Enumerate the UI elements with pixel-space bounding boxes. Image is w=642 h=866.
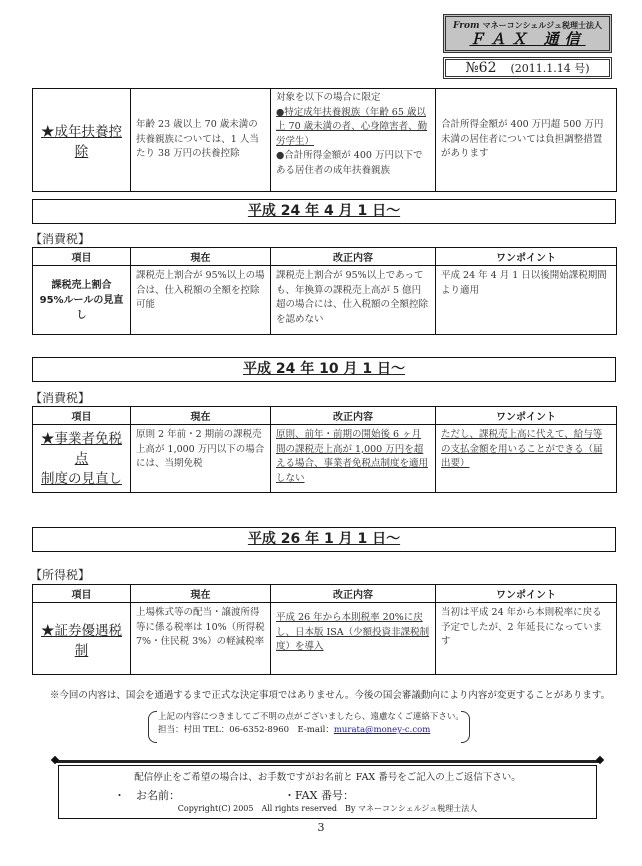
- current-cell: 原則 2 年前・2 期前の課税売上高が 1,000 万円以下の場合には、当期免税: [131, 425, 271, 493]
- contact-phone: 担当：村田 TEL：06-6352-8960 E-mail：: [158, 725, 334, 735]
- section-title: 平成 26 年 1 月 1 日～: [248, 531, 400, 547]
- header-current: 現在: [131, 407, 271, 425]
- header-point: ワンポイント: [436, 585, 617, 603]
- item-cell: ★事業者免税点 制度の見直し: [33, 425, 131, 493]
- point-cell: 平成 24 年 4 月 1 日以後開始課税期間より適用: [436, 266, 617, 335]
- item-line: 95%ルールの見直し: [38, 293, 125, 323]
- company-name: マネーコンシェルジュ税理士法人: [483, 20, 602, 30]
- header-current: 現在: [131, 585, 271, 603]
- header-revision: 改正内容: [271, 248, 436, 266]
- item-cell: ★証券優遇税制: [33, 603, 131, 675]
- revision-line: ●特定成年扶養親族（年齢 65 歳以上 70 歳未満の者、心身障害者、勤労学生）: [276, 106, 430, 150]
- section-title: 平成 24 年 10 月 1 日～: [243, 361, 405, 377]
- header-point: ワンポイント: [436, 248, 617, 266]
- header-item: 項目: [33, 248, 131, 266]
- header-item: 項目: [33, 407, 131, 425]
- section-title-box: 平成 24 年 4 月 1 日～: [32, 199, 616, 224]
- top-table: ★成年扶養控除 年齢 23 歳以上 70 歳未満の扶養親族については、1 人当た…: [32, 88, 617, 192]
- table-row: ★証券優遇税制 上場株式等の配当・譲渡所得等に係る税率は 10%（所得税 7%・…: [33, 603, 617, 675]
- issue-number: №62: [465, 60, 496, 76]
- section-title-box: 平成 24 年 10 月 1 日～: [32, 357, 616, 382]
- table-header-row: 項目 現在 改正内容 ワンポイント: [33, 585, 617, 603]
- point-cell: 合計所得金額が 400 万円超 500 万円未満の居住者については負担調整措置が…: [436, 89, 617, 192]
- item-cell: ★成年扶養控除: [33, 89, 131, 192]
- table-row: ★事業者免税点 制度の見直し 原則 2 年前・2 期前の課税売上高が 1,000…: [33, 425, 617, 493]
- disclaimer-note: ※今回の内容は、国会を通過するまで正式な決定事項ではありません。今後の国会審議動…: [30, 687, 630, 701]
- fax-title: ＦＡＸ 通信: [446, 31, 609, 48]
- current-cell: 課税売上割合が 95%以上の場合は、仕入税額の全額を控除可能: [131, 266, 271, 335]
- table-header-row: 項目 現在 改正内容 ワンポイント: [33, 248, 617, 266]
- issue-date: (2011.1.14 号): [511, 60, 590, 76]
- header-revision: 改正内容: [271, 585, 436, 603]
- left-bracket: [148, 711, 157, 743]
- divider-line: [55, 760, 600, 763]
- fax-header-title-box: From マネーコンシェルジュ税理士法人 ＦＡＸ 通信: [443, 14, 612, 53]
- revision-line: 対象を以下の場合に限定: [276, 91, 430, 106]
- item-cell: 課税売上割合 95%ルールの見直し: [33, 266, 131, 335]
- unsubscribe-text: 配信停止をご希望の場合は、お手数ですがお名前と FAX 番号をご記入の上ご返信下…: [59, 769, 596, 783]
- consumption-tax-table-1: 項目 現在 改正内容 ワンポイント 課税売上割合 95%ルールの見直し 課税売上…: [32, 247, 617, 335]
- fax-field-label[interactable]: ・FAX 番号：: [284, 787, 354, 803]
- email-link[interactable]: murata@money-c.com: [334, 725, 430, 735]
- item-name: ★成年扶養控除: [41, 124, 122, 160]
- revision-line: ●合計所得金額が 400 万円以下である居住者の成年扶養親族: [276, 149, 430, 178]
- income-tax-table: 項目 現在 改正内容 ワンポイント ★証券優遇税制 上場株式等の配当・譲渡所得等…: [32, 584, 617, 675]
- item-line: ★事業者免税点: [41, 431, 122, 467]
- header-point: ワンポイント: [436, 407, 617, 425]
- table-row: ★成年扶養控除 年齢 23 歳以上 70 歳未満の扶養親族については、1 人当た…: [33, 89, 617, 192]
- category-label: 【消費税】: [30, 389, 90, 406]
- name-field-label[interactable]: ・ お名前：: [114, 787, 180, 803]
- revision-cell: 原則、前年・前期の開始後 6 ヶ月間の課税売上高が 1,000 万円を超える場合…: [271, 425, 436, 493]
- current-cell: 年齢 23 歳以上 70 歳未満の扶養親族については、1 人当たり 38 万円の…: [131, 89, 271, 192]
- section-title: 平成 24 年 4 月 1 日～: [248, 203, 400, 219]
- revision-cell: 対象を以下の場合に限定 ●特定成年扶養親族（年齢 65 歳以上 70 歳未満の者…: [271, 89, 436, 192]
- category-label: 【所得税】: [30, 566, 90, 583]
- header-revision: 改正内容: [271, 407, 436, 425]
- item-line: 課税売上割合: [38, 278, 125, 293]
- right-bracket: [461, 711, 470, 743]
- consumption-tax-table-2: 項目 現在 改正内容 ワンポイント ★事業者免税点 制度の見直し 原則 2 年前…: [32, 406, 617, 493]
- table-header-row: 項目 現在 改正内容 ワンポイント: [33, 407, 617, 425]
- item-line: 制度の見直し: [41, 471, 122, 487]
- contact-box: 上記の内容につきましてご不明の点がございましたら、遠慮なくご連絡下さい。 担当：…: [148, 711, 470, 743]
- copyright: Copyright(C) 2005 All rights reserved By…: [59, 803, 596, 814]
- unsubscribe-box: 配信停止をご希望の場合は、お手数ですがお名前と FAX 番号をご記入の上ご返信下…: [58, 765, 597, 819]
- section-title-box: 平成 26 年 1 月 1 日～: [32, 527, 616, 552]
- category-label: 【消費税】: [30, 230, 90, 247]
- contact-line: 担当：村田 TEL：06-6352-8960 E-mail：murata@mon…: [158, 724, 470, 737]
- table-row: 課税売上割合 95%ルールの見直し 課税売上割合が 95%以上の場合は、仕入税額…: [33, 266, 617, 335]
- revision-cell: 課税売上割合が 95%以上であっても、年換算の課税売上高が 5 億円超の場合には…: [271, 266, 436, 335]
- issue-box: №62 (2011.1.14 号): [443, 57, 612, 79]
- item-name: ★証券優遇税制: [41, 623, 122, 659]
- current-cell: 上場株式等の配当・譲渡所得等に係る税率は 10%（所得税 7%・住民税 3%）の…: [131, 603, 271, 675]
- contact-line: 上記の内容につきましてご不明の点がございましたら、遠慮なくご連絡下さい。: [158, 711, 470, 724]
- header-current: 現在: [131, 248, 271, 266]
- point-cell: 当初は平成 24 年から本則税率に戻る予定でしたが、2 年延長になっています: [436, 603, 617, 675]
- revision-cell: 平成 26 年から本則税率 20%に戻し、日本版 ISA（少額投資非課税制度）を…: [271, 603, 436, 675]
- page-number: 3: [0, 821, 642, 834]
- point-cell: ただし、課税売上高に代えて、給与等の支払金額を用いることができる（届出要）: [436, 425, 617, 493]
- header-item: 項目: [33, 585, 131, 603]
